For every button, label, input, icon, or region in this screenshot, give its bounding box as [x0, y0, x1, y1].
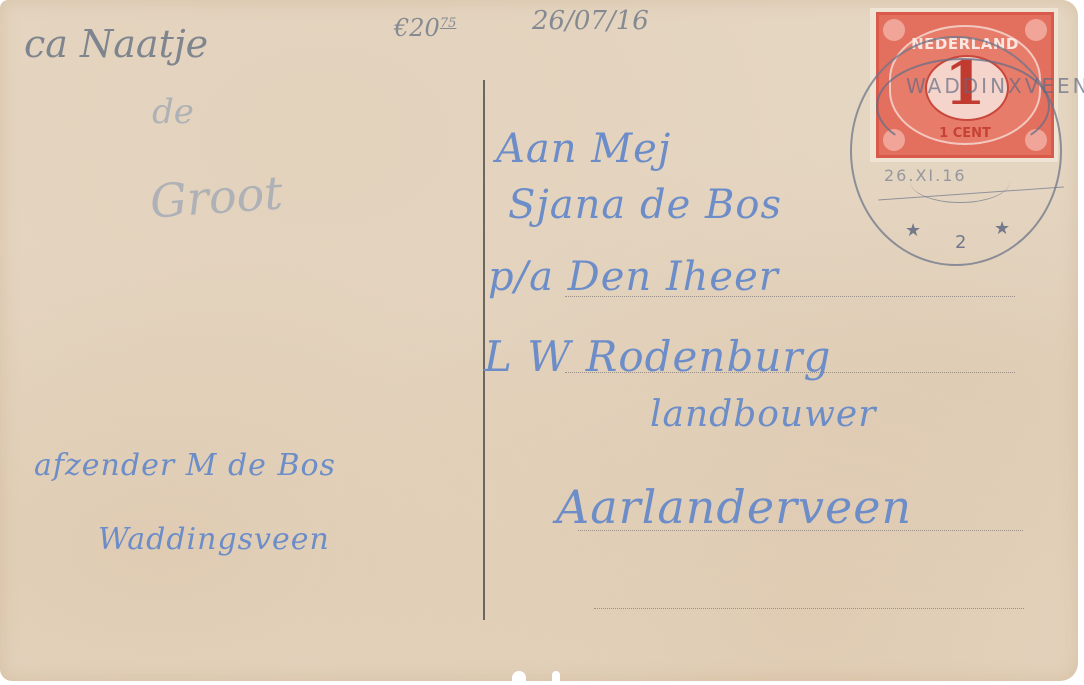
sender-line-1: afzender M de Bos — [34, 448, 336, 483]
pencil-note-de: de — [152, 92, 194, 132]
postmark-star-icon: ★ — [905, 220, 921, 241]
postmark-oval — [876, 58, 1050, 154]
address-text-4: L W Rodenburg — [484, 332, 831, 381]
postmark-inner-arc — [910, 160, 1010, 203]
postmark-number: 2 — [955, 232, 966, 253]
address-line-4 — [594, 608, 1024, 609]
price-value: €20 — [394, 14, 440, 42]
sender-line-2: Waddingsveen — [98, 522, 330, 557]
price-cents: 75 — [440, 16, 457, 31]
address-text-6: Aarlanderveen — [556, 480, 912, 534]
postcard-back: ca Naatje de Groot €2075 26/07/16 afzend… — [0, 0, 1078, 681]
postmark-star-icon: ★ — [994, 218, 1010, 239]
pencil-price: €2075 — [394, 14, 456, 42]
address-text-1: Aan Mej — [496, 126, 671, 172]
address-text-2: Sjana de Bos — [508, 182, 782, 228]
torn-edge — [552, 671, 560, 681]
pencil-date: 26/07/16 — [532, 6, 649, 36]
postmark-town: WADDINXVEEN — [906, 74, 1084, 98]
torn-edge — [512, 671, 526, 681]
address-text-5: landbouwer — [650, 394, 876, 435]
pencil-note-groot: Groot — [148, 165, 284, 228]
pencil-note-name: ca Naatje — [24, 22, 208, 66]
address-text-3: p/a Den Iheer — [488, 254, 779, 300]
